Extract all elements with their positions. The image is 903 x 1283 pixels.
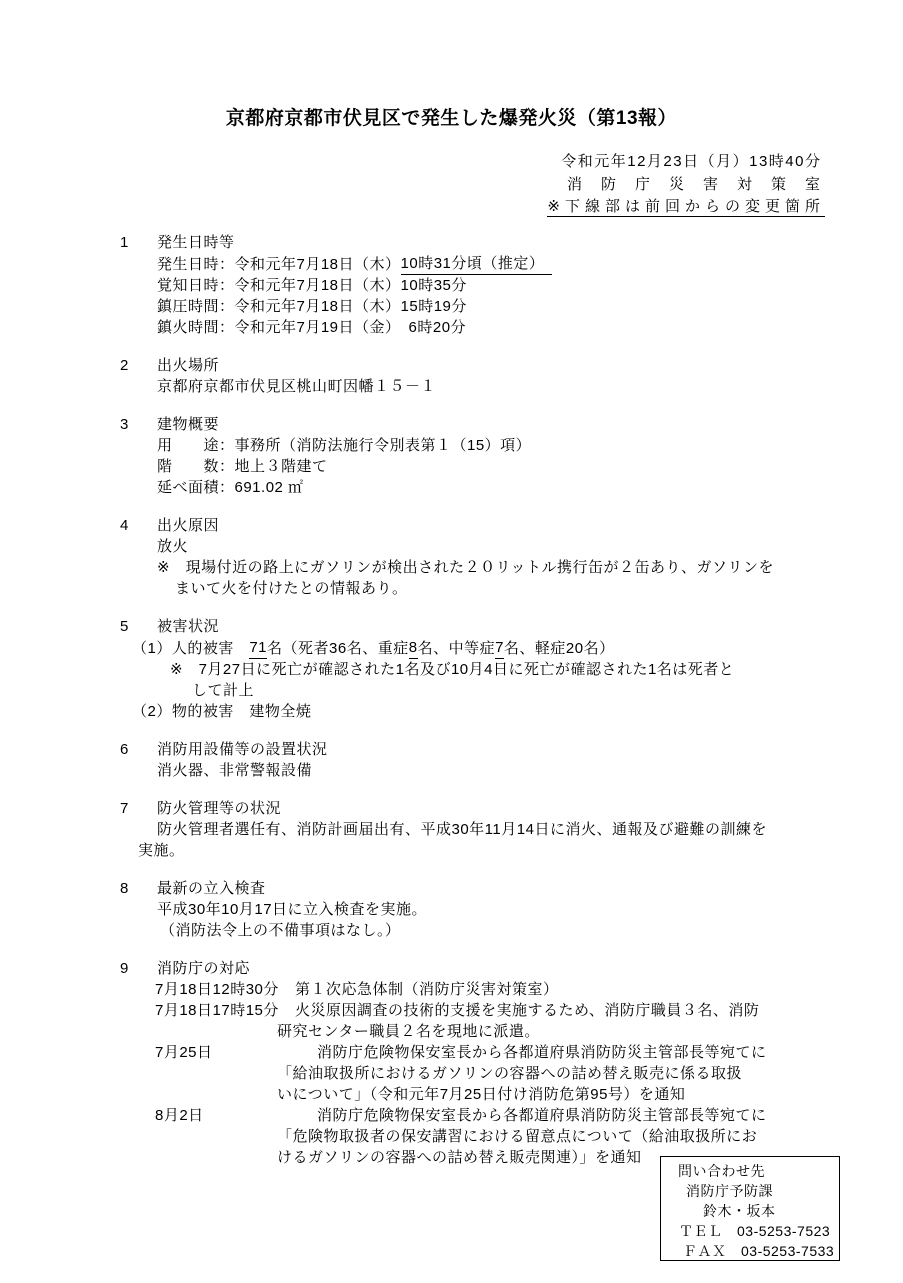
line-text: して計上 (192, 680, 254, 701)
document-sections: 1発生日時等発生日時：令和元年7月18日（木）10時31分頃（推定） 覚知日時：… (0, 232, 903, 1168)
document-line: 実施。 (138, 840, 903, 861)
line-text: 名、中等症 (418, 638, 496, 659)
document-line: 放火 (157, 536, 903, 557)
line-text: 研究センター職員２名を現地に派遣。 (277, 1021, 540, 1042)
section-title: 消防用設備等の設置状況 (157, 741, 328, 758)
contact-line: ＦＡＸ 03-5253-7533 (683, 1241, 839, 1261)
document-line: いについて」（令和元年7月25日付け消防危第95号）を通知 (277, 1084, 903, 1105)
section-heading: 3建物概要 (120, 414, 903, 435)
section-title: 防火管理等の状況 (157, 800, 281, 817)
document-line: （消防法令上の不備事項はなし。） (160, 920, 903, 941)
section-heading: 9消防庁の対応 (120, 958, 903, 979)
document-line: 発生日時：令和元年7月18日（木）10時31分頃（推定） (157, 253, 903, 275)
document-page: 京都府京都市伏見区で発生した爆発火災（第13報） 令和元年12月23日（月）13… (0, 0, 903, 1283)
section-1: 1発生日時等発生日時：令和元年7月18日（木）10時31分頃（推定） 覚知日時：… (0, 232, 903, 338)
contact-line: 鈴木・坂本 (703, 1201, 839, 1221)
section-number: 5 (120, 616, 157, 637)
line-text: いについて」（令和元年7月25日付け消防危第95号）を通知 (277, 1084, 685, 1105)
section-heading: 4出火原因 (120, 515, 903, 536)
header-block: 令和元年12月23日（月）13時40分 消防庁災害対策室 ※下線部は前回からの変… (0, 151, 820, 219)
line-text: けるガソリンの容器への詰め替え販売関連）」を通知 (277, 1147, 642, 1168)
contact-line: 消防庁予防課 (686, 1181, 839, 1201)
underlined-text: 8 (409, 637, 418, 659)
line-text: （1）人的被害 (132, 638, 249, 659)
line-text: 8月2日 (155, 1105, 317, 1126)
document-line: 延べ面積：691.02 ㎡ (157, 477, 903, 498)
document-line: して計上 (192, 680, 903, 701)
section-number: 4 (120, 515, 157, 536)
line-text: 消火器、非常警報設備 (157, 760, 312, 781)
line-text: 放火 (157, 536, 188, 557)
section-6: 6消防用設備等の設置状況消火器、非常警報設備 (0, 739, 903, 781)
section-number: 3 (120, 414, 157, 435)
document-line: まいて火を付けたとの情報あり。 (175, 578, 903, 599)
line-text: まいて火を付けたとの情報あり。 (175, 578, 408, 599)
section-title: 出火原因 (157, 517, 219, 534)
document-line: 鎮圧時間：令和元年7月18日（木）15時19分 (157, 296, 903, 317)
line-text: 名（死者36名、重症 (267, 638, 409, 659)
document-line: 7月18日17時15分火災原因調査の技術的支援を実施するため、消防庁職員３名、消… (155, 1000, 903, 1021)
line-text: 「給油取扱所におけるガソリンの容器への詰め替え販売に係る取扱 (277, 1063, 742, 1084)
section-title: 最新の立入検査 (157, 880, 266, 897)
section-number: 9 (120, 958, 157, 979)
section-title: 発生日時等 (157, 234, 235, 251)
section-3: 3建物概要用 途：事務所（消防法施行令別表第１（15）項）階 数：地上３階建て延… (0, 414, 903, 498)
contact-lines: 問い合わせ先消防庁予防課鈴木・坂本ＴＥＬ 03-5253-7523ＦＡＸ 03-… (661, 1161, 839, 1261)
section-9: 9消防庁の対応7月18日12時30分第１次応急体制（消防庁災害対策室）7月18日… (0, 958, 903, 1168)
line-text: 名、軽症20名） (504, 638, 615, 659)
line-text: 7月18日12時30分 (155, 979, 295, 1000)
section-2: 2出火場所京都府京都市伏見区桃山町因幡１５－１ (0, 355, 903, 397)
contact-box: 問い合わせ先消防庁予防課鈴木・坂本ＴＥＬ 03-5253-7523ＦＡＸ 03-… (660, 1156, 840, 1261)
report-datetime: 令和元年12月23日（月）13時40分 (0, 151, 820, 174)
line-text: 7月18日17時15分 (155, 1000, 295, 1021)
section-7: 7防火管理等の状況防火管理者選任有、消防計画届出有、平成30年11月14日に消火… (0, 798, 903, 861)
section-heading: 1発生日時等 (120, 232, 903, 253)
section-heading: 8最新の立入検査 (120, 878, 903, 899)
line-text: 京都府京都市伏見区桃山町因幡１５－１ (157, 376, 436, 397)
document-line: 防火管理者選任有、消防計画届出有、平成30年11月14日に消火、通報及び避難の訓… (157, 819, 903, 840)
line-text: 7月25日 (155, 1042, 317, 1063)
document-line: （1）人的被害 71名（死者36名、重症8名、中等症7名、軽症20名） (132, 637, 903, 659)
document-line: 「給油取扱所におけるガソリンの容器への詰め替え販売に係る取扱 (277, 1063, 903, 1084)
section-number: 1 (120, 232, 157, 253)
issuing-office: 消防庁災害対策室 (0, 174, 820, 197)
section-title: 被害状況 (157, 618, 219, 635)
section-title: 出火場所 (157, 357, 219, 374)
document-line: ※ 7月27日に死亡が確認された1名及び10月4日に死亡が確認された1名は死者と (170, 659, 903, 680)
document-line: 7月25日消防庁危険物保安室長から各都道府県消防防災主管部長等宛てに (155, 1042, 903, 1063)
contact-line: ＴＥＬ 03-5253-7523 (679, 1221, 839, 1241)
line-text: 第１次応急体制（消防庁災害対策室） (295, 979, 559, 1000)
document-line: 8月2日消防庁危険物保安室長から各都道府県消防防災主管部長等宛てに (155, 1105, 903, 1126)
section-5: 5被害状況（1）人的被害 71名（死者36名、重症8名、中等症7名、軽症20名）… (0, 616, 903, 722)
line-text: 実施。 (138, 840, 185, 861)
line-text: 用 途：事務所（消防法施行令別表第１（15）項） (157, 435, 531, 456)
line-text: 鎮圧時間：令和元年7月18日（木）15時19分 (157, 296, 467, 317)
section-title: 建物概要 (157, 416, 219, 433)
line-text: ※ 7月27日に死亡が確認された1名及び10月4日に死亡が確認された1名は死者と (170, 659, 734, 680)
document-line: 京都府京都市伏見区桃山町因幡１５－１ (157, 376, 903, 397)
document-title: 京都府京都市伏見区で発生した爆発火災（第13報） (0, 0, 903, 131)
line-text: 消防庁危険物保安室長から各都道府県消防防災主管部長等宛てに (317, 1042, 767, 1063)
issuing-office-text: 消防庁災害対策室 (567, 176, 839, 193)
section-heading: 7防火管理等の状況 (120, 798, 903, 819)
section-number: 2 (120, 355, 157, 376)
document-line: 覚知日時：令和元年7月18日（木）10時35分 (157, 275, 903, 296)
section-number: 6 (120, 739, 157, 760)
document-line: （2）物的被害 建物全焼 (132, 701, 903, 722)
line-text: 「危険物取扱者の保安講習における留意点について（給油取扱所にお (277, 1126, 757, 1147)
line-text: （2）物的被害 建物全焼 (132, 701, 311, 722)
section-number: 8 (120, 878, 157, 899)
section-title: 消防庁の対応 (157, 960, 250, 977)
document-line: 研究センター職員２名を現地に派遣。 (277, 1021, 903, 1042)
section-number: 7 (120, 798, 157, 819)
underlined-text: 71 (249, 637, 267, 659)
document-line: ※ 現場付近の路上にガソリンが検出された２０リットル携行缶が２缶あり、ガソリンを (157, 557, 903, 578)
document-line: 鎮火時間：令和元年7月19日（金） 6時20分 (157, 317, 903, 338)
section-heading: 2出火場所 (120, 355, 903, 376)
document-line: 7月18日12時30分第１次応急体制（消防庁災害対策室） (155, 979, 903, 1000)
document-line: 平成30年10月17日に立入検査を実施。 (157, 899, 903, 920)
line-text: 防火管理者選任有、消防計画届出有、平成30年11月14日に消火、通報及び避難の訓… (157, 819, 767, 840)
section-4: 4出火原因放火※ 現場付近の路上にガソリンが検出された２０リットル携行缶が２缶あ… (0, 515, 903, 599)
line-text: 覚知日時：令和元年7月18日（木）10時35分 (157, 275, 467, 296)
section-heading: 6消防用設備等の設置状況 (120, 739, 903, 760)
line-text: 消防庁危険物保安室長から各都道府県消防防災主管部長等宛てに (317, 1105, 767, 1126)
line-text: （消防法令上の不備事項はなし。） (160, 920, 401, 941)
report-datetime-text: 令和元年12月23日（月）13時40分 (561, 153, 821, 170)
document-line: 用 途：事務所（消防法施行令別表第１（15）項） (157, 435, 903, 456)
underlined-text: 10時31分頃（推定） (401, 253, 553, 275)
line-text: 火災原因調査の技術的支援を実施するため、消防庁職員３名、消防 (295, 1000, 759, 1021)
revision-note: ※下線部は前回からの変更箇所 (0, 196, 820, 219)
underlined-text: 7 (495, 637, 504, 659)
line-text: 延べ面積：691.02 ㎡ (157, 477, 304, 498)
document-line: 消火器、非常警報設備 (157, 760, 903, 781)
line-text: ※ 現場付近の路上にガソリンが検出された２０リットル携行缶が２缶あり、ガソリンを (157, 557, 774, 578)
line-text: 階 数：地上３階建て (157, 456, 328, 477)
contact-line: 問い合わせ先 (678, 1161, 839, 1181)
section-heading: 5被害状況 (120, 616, 903, 637)
line-text: 平成30年10月17日に立入検査を実施。 (157, 899, 427, 920)
document-line: 階 数：地上３階建て (157, 456, 903, 477)
revision-note-text: ※下線部は前回からの変更箇所 (547, 198, 825, 217)
document-line: 「危険物取扱者の保安講習における留意点について（給油取扱所にお (277, 1126, 903, 1147)
line-text: 発生日時：令和元年7月18日（木） (157, 254, 401, 275)
line-text: 鎮火時間：令和元年7月19日（金） 6時20分 (157, 317, 466, 338)
section-8: 8最新の立入検査平成30年10月17日に立入検査を実施。（消防法令上の不備事項は… (0, 878, 903, 941)
